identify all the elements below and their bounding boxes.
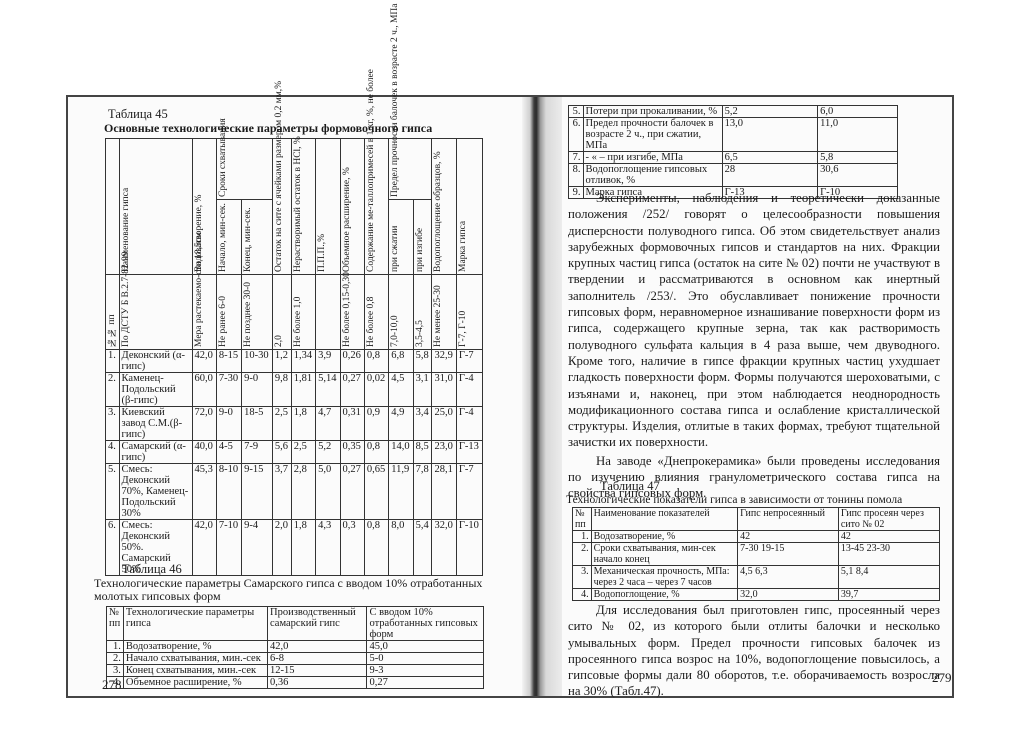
- std-start: Не ранее 6-0: [216, 275, 241, 350]
- cell-end: 9-0: [242, 373, 273, 407]
- cell: Потери при прокаливании, %: [583, 106, 722, 118]
- table46-continued: 5.Потери при прокаливании, %5,26,06.Пред…: [568, 105, 898, 199]
- table-row: 8.Водопоглощение гипсовых отливок, %2830…: [569, 164, 898, 187]
- cell: 42: [838, 531, 939, 543]
- header-cell: Наименование показателей: [591, 508, 738, 531]
- body-text-2: Для исследования был приготовлен гипс, п…: [568, 602, 940, 700]
- header-setting-group: Сроки схватывания: [216, 139, 272, 200]
- table-row: 3.Киевский завод С.М.(β-гипс)72,09-018-5…: [106, 407, 483, 441]
- table45-label: Таблица 45: [68, 108, 168, 121]
- cell: 5,1 8,4: [838, 566, 939, 589]
- cell: 4.: [573, 589, 592, 601]
- cell-grade: Г-4: [456, 407, 482, 441]
- cell-exp: 0,31: [340, 407, 364, 441]
- cell-comp: 4,9: [389, 407, 413, 441]
- cell: Водопоглощение гипсовых отливок, %: [583, 164, 722, 187]
- cell-ppp: 5,2: [316, 441, 340, 464]
- cell-abs: 32,0: [432, 520, 456, 576]
- cell-metal: 0,8: [364, 441, 388, 464]
- cell-start: 7-30: [216, 373, 241, 407]
- header-grade: Марка гипса: [456, 139, 482, 275]
- cell-grade: Г-10: [456, 520, 482, 576]
- table-row: 1.Водозатворение, %42,045,0: [107, 641, 484, 653]
- cell: 5.: [569, 106, 584, 118]
- cell: 5,2: [722, 106, 818, 118]
- cell-end: 18-5: [242, 407, 273, 441]
- header-cell: Технологические параметры гипса: [123, 607, 267, 641]
- cell-metal: 0,02: [364, 373, 388, 407]
- header-metal-text: Содержание ме-таллопримесей в 1 кг, %, н…: [365, 142, 377, 274]
- table45: Наименование гипсаВодозатворение, %Сроки…: [105, 138, 483, 576]
- std-start-text: Не ранее 6-0: [217, 275, 229, 349]
- cell-metal: 0,8: [364, 350, 388, 373]
- cell-comp: 8,0: [389, 520, 413, 576]
- cell: 9-3: [367, 665, 484, 677]
- cell: 4,5 6,3: [738, 566, 839, 589]
- table-row: 2.Сроки схватывания, мин-сек начало коне…: [573, 543, 940, 566]
- table47: № ппНаименование показателейГипс непросе…: [572, 507, 940, 601]
- std-expansion-text: Не более 0,15-0,30: [341, 275, 353, 349]
- std-grade: Г-7, Г-10: [456, 275, 482, 350]
- cell-abs: 32,9: [432, 350, 456, 373]
- cell-end: 10-30: [242, 350, 273, 373]
- cell: 6,5: [722, 152, 818, 164]
- table46: № ппТехнологические параметры гипсаПроиз…: [106, 606, 484, 689]
- cell-grade: Г-13: [456, 441, 482, 464]
- cell-start: 8-15: [216, 350, 241, 373]
- table46-title: Технологические параметры Самарского гип…: [94, 577, 494, 603]
- header-cell: С вводом 10% отработанных гипсовых форм: [367, 607, 484, 641]
- standards-row: №№ ппПо ДСТУ Б В.2.7-82-99Мера растекаем…: [106, 275, 483, 350]
- cell: - « – при изгибе, МПа: [583, 152, 722, 164]
- table-row: 3.Конец схватывания, мин.-сек12-159-3: [107, 665, 484, 677]
- header-end-text: Конец, мин-сек.: [242, 200, 254, 274]
- cell: 6-8: [268, 653, 367, 665]
- std-compress: 7,0-10,0: [389, 275, 413, 350]
- header-bend: при изгибе: [413, 200, 432, 275]
- cell: Конец схватывания, мин.-сек: [123, 665, 267, 677]
- cell: 1.: [573, 531, 592, 543]
- header-grade-text: Марка гипса: [457, 142, 469, 274]
- num-header: [106, 139, 120, 275]
- cell: Водозатворение, %: [123, 641, 267, 653]
- table46-label: Таблица 46: [82, 563, 182, 576]
- header-compress-text: при сжатии: [389, 200, 401, 274]
- cell-water: 42,0: [192, 350, 216, 373]
- cell-start: 7-10: [216, 520, 241, 576]
- cell-exp: 0,35: [340, 441, 364, 464]
- cell-water: 40,0: [192, 441, 216, 464]
- cell-abs: 28,1: [432, 464, 456, 520]
- std-ppp-text: [316, 275, 318, 349]
- cell-bend: 8,5: [413, 441, 432, 464]
- header-row: № ппТехнологические параметры гипсаПроиз…: [107, 607, 484, 641]
- cell-insol: 2,5: [291, 441, 315, 464]
- cell-bend: 3,1: [413, 373, 432, 407]
- header-num: №№ пп: [106, 275, 120, 350]
- table-row: 2.Каменец-Подольский (β-гипс)60,07-309-0…: [106, 373, 483, 407]
- cell-comp: 4,5: [389, 373, 413, 407]
- cell: 28: [722, 164, 818, 187]
- table-row: 7.- « – при изгибе, МПа6,55,8: [569, 152, 898, 164]
- cell: Водопоглощение, %: [591, 589, 738, 601]
- std-name-text: По ДСТУ Б В.2.7-82-99: [120, 275, 132, 349]
- cell-metal: 0,65: [364, 464, 388, 520]
- std-name: По ДСТУ Б В.2.7-82-99: [119, 275, 192, 350]
- header-absorb-text: Водопоглощение образцов, %: [432, 142, 444, 274]
- std-end: Не позднее 30-0: [242, 275, 273, 350]
- cell: 45,0: [367, 641, 484, 653]
- paragraph-3: Для исследования был приготовлен гипс, п…: [568, 602, 940, 700]
- cell-comp: 6,8: [389, 350, 413, 373]
- cell: 42,0: [268, 641, 367, 653]
- std-insoluble: Не более 1,0: [291, 275, 315, 350]
- table-row: 3.Механическая прочность, МПа: через 2 ч…: [573, 566, 940, 589]
- header-cell: Производственный самарский гипс: [268, 607, 367, 641]
- header-sieve-text: Остаток на сите с ячейками размером 0,2 …: [273, 142, 285, 274]
- header-sieve: Остаток на сите с ячейками размером 0,2 …: [272, 139, 291, 275]
- cell-insol: 1,34: [291, 350, 315, 373]
- cell-abs: 23,0: [432, 441, 456, 464]
- cell: 1.: [107, 641, 124, 653]
- header-cell: Гипс просеян через сито № 02: [838, 508, 939, 531]
- cell-name: Каменец-Подольский (β-гипс): [119, 373, 192, 407]
- cell-ppp: 4,3: [316, 520, 340, 576]
- header-absorb: Водопоглощение образцов, %: [432, 139, 456, 275]
- cell-exp: 0,26: [340, 350, 364, 373]
- header-cell: № пп: [573, 508, 592, 531]
- body-text-1: Эксперименты, наблюдения и теоретически …: [568, 190, 940, 502]
- cell-name: Самарский (α-гипс): [119, 441, 192, 464]
- right-page: 5.Потери при прокаливании, %5,26,06.Пред…: [562, 97, 952, 696]
- cell: 7.: [569, 152, 584, 164]
- cell-insol: 1,8: [291, 520, 315, 576]
- std-sieve-text: 2,0: [273, 275, 285, 349]
- cell: 3.: [573, 566, 592, 589]
- cell: 13,0: [722, 118, 818, 152]
- cell-water: 60,0: [192, 373, 216, 407]
- cell-grade: Г-7: [456, 464, 482, 520]
- std-grade-text: Г-7, Г-10: [457, 275, 469, 349]
- std-absorb: Не менее 25-30: [432, 275, 456, 350]
- cell: 13-45 23-30: [838, 543, 939, 566]
- std-metal: Не более 0,8: [364, 275, 388, 350]
- cell-exp: 0,3: [340, 520, 364, 576]
- cell-sieve: 3,7: [272, 464, 291, 520]
- cell-sieve: 2,5: [272, 407, 291, 441]
- cell-ppp: 4,7: [316, 407, 340, 441]
- cell: Предел прочности балочек в возрасте 2 ч.…: [583, 118, 722, 152]
- cell: 0,27: [367, 677, 484, 689]
- cell-name: Смесь: Деконский 70%, Каменец-Подольский…: [119, 464, 192, 520]
- cell: Водозатворение, %: [591, 531, 738, 543]
- header-num-text: №№ пп: [106, 275, 118, 349]
- cell: 3.: [107, 665, 124, 677]
- header-ppp-text: П.П.П.,%: [316, 142, 328, 274]
- cell-name: Киевский завод С.М.(β-гипс): [119, 407, 192, 441]
- cell-water: 42,0: [192, 520, 216, 576]
- header-expansion-text: Объемное расширение, %: [341, 142, 353, 274]
- std-metal-text: Не более 0,8: [365, 275, 377, 349]
- cell-abs: 31,0: [432, 373, 456, 407]
- cell-end: 9-15: [242, 464, 273, 520]
- cell-sieve: 2,0: [272, 520, 291, 576]
- header-setting-group-text: Сроки схватывания: [217, 139, 229, 199]
- cell-sieve: 9,8: [272, 373, 291, 407]
- cell-n: 4.: [106, 441, 120, 464]
- header-expansion: Объемное расширение, %: [340, 139, 364, 275]
- cell-sieve: 1,2: [272, 350, 291, 373]
- cell-sieve: 5,6: [272, 441, 291, 464]
- table47-title: Технологические показатели гипса в завис…: [566, 494, 902, 507]
- cell: 0,36: [268, 677, 367, 689]
- page-number-left: 278: [102, 677, 122, 693]
- cell: Начало схватывания, мин.-сек: [123, 653, 267, 665]
- table-row: 5.Потери при прокаливании, %5,26,0: [569, 106, 898, 118]
- std-bend-text: 3,5-4,5: [414, 275, 426, 349]
- cell-start: 4-5: [216, 441, 241, 464]
- cell: 7-30 19-15: [738, 543, 839, 566]
- header-cell: Гипс непросеянный: [738, 508, 839, 531]
- cell: 12-15: [268, 665, 367, 677]
- paragraph-1: Эксперименты, наблюдения и теоретически …: [568, 190, 940, 451]
- cell: 8.: [569, 164, 584, 187]
- cell-metal: 0,9: [364, 407, 388, 441]
- cell: 2.: [107, 653, 124, 665]
- table-row: 1.Водозатворение, %4242: [573, 531, 940, 543]
- cell-start: 9-0: [216, 407, 241, 441]
- header-strength-group: Предел прочности балочек в возрасте 2 ч.…: [389, 139, 432, 200]
- cell-end: 9-4: [242, 520, 273, 576]
- cell: 39,7: [838, 589, 939, 601]
- cell-name: Деконский (α-гипс): [119, 350, 192, 373]
- table-row: 4.Объемное расширение, %0,360,27: [107, 677, 484, 689]
- std-absorb-text: Не менее 25-30: [432, 275, 444, 349]
- cell-grade: Г-7: [456, 350, 482, 373]
- cell: 11,0: [818, 118, 898, 152]
- header-bend-text: при изгибе: [414, 200, 426, 274]
- num-header-text: [106, 150, 108, 274]
- cell-start: 8-10: [216, 464, 241, 520]
- cell-bend: 7,8: [413, 464, 432, 520]
- cell-bend: 5,8: [413, 350, 432, 373]
- cell-comp: 11,9: [389, 464, 413, 520]
- cell-n: 3.: [106, 407, 120, 441]
- left-page: Таблица 45 Основные технологические пара…: [68, 97, 522, 696]
- cell: Объемное расширение, %: [123, 677, 267, 689]
- table-row: 5.Смесь: Деконский 70%, Каменец-Подольск…: [106, 464, 483, 520]
- std-bend: 3,5-4,5: [413, 275, 432, 350]
- header-strength-group-text: Предел прочности балочек в возрасте 2 ч.…: [389, 139, 401, 199]
- cell-n: 2.: [106, 373, 120, 407]
- std-water-text: Мера растекаемо-сти 18,5см: [193, 275, 205, 349]
- cell: 30,6: [818, 164, 898, 187]
- header-ppp: П.П.П.,%: [316, 139, 340, 275]
- cell-abs: 25,0: [432, 407, 456, 441]
- std-compress-text: 7,0-10,0: [389, 275, 401, 349]
- table45-title: Основные технологические параметры формо…: [104, 122, 432, 135]
- header-insoluble-text: Нерастворимый остаток в HCl, %: [292, 142, 304, 274]
- std-end-text: Не позднее 30-0: [242, 275, 254, 349]
- cell: 32,0: [738, 589, 839, 601]
- book-spine: [522, 97, 562, 696]
- cell-ppp: 3,9: [316, 350, 340, 373]
- cell: 6,0: [818, 106, 898, 118]
- table-row: 4.Самарский (α-гипс)40,04-57-95,62,55,20…: [106, 441, 483, 464]
- header-start: Начало, мин-сек.: [216, 200, 241, 275]
- cell-insol: 1,8: [291, 407, 315, 441]
- cell-grade: Г-4: [456, 373, 482, 407]
- cell-water: 72,0: [192, 407, 216, 441]
- header-metal: Содержание ме-таллопримесей в 1 кг, %, н…: [364, 139, 388, 275]
- cell-n: 1.: [106, 350, 120, 373]
- cell-bend: 5,4: [413, 520, 432, 576]
- cell-metal: 0,8: [364, 520, 388, 576]
- cell-ppp: 5,0: [316, 464, 340, 520]
- cell: 2.: [573, 543, 592, 566]
- std-insoluble-text: Не более 1,0: [292, 275, 304, 349]
- header-row: Наименование гипсаВодозатворение, %Сроки…: [106, 139, 483, 200]
- std-sieve: 2,0: [272, 275, 291, 350]
- cell-bend: 3,4: [413, 407, 432, 441]
- header-start-text: Начало, мин-сек.: [217, 200, 229, 274]
- header-cell: № пп: [107, 607, 124, 641]
- header-compress: при сжатии: [389, 200, 413, 275]
- table-row: 6.Предел прочности балочек в возрасте 2 …: [569, 118, 898, 152]
- header-row: № ппНаименование показателейГипс непросе…: [573, 508, 940, 531]
- cell-insol: 1,81: [291, 373, 315, 407]
- page-number-right: 279: [932, 670, 952, 686]
- cell-insol: 2,8: [291, 464, 315, 520]
- header-end: Конец, мин-сек.: [242, 200, 273, 275]
- std-water: Мера растекаемо-сти 18,5см: [192, 275, 216, 350]
- cell-n: 5.: [106, 464, 120, 520]
- cell: 5-0: [367, 653, 484, 665]
- cell-exp: 0,27: [340, 464, 364, 520]
- cell-water: 45,3: [192, 464, 216, 520]
- cell: 6.: [569, 118, 584, 152]
- table-row: 1.Деконский (α-гипс)42,08-1510-301,21,34…: [106, 350, 483, 373]
- header-insoluble: Нерастворимый остаток в HCl, %: [291, 139, 315, 275]
- table-row: 4.Водопоглощение, %32,039,7: [573, 589, 940, 601]
- std-ppp: [316, 275, 340, 350]
- table-row: 2.Начало схватывания, мин.-сек6-85-0: [107, 653, 484, 665]
- cell-end: 7-9: [242, 441, 273, 464]
- std-expansion: Не более 0,15-0,30: [340, 275, 364, 350]
- cell-ppp: 5,14: [316, 373, 340, 407]
- cell: Сроки схватывания, мин-сек начало конец: [591, 543, 738, 566]
- cell-comp: 14,0: [389, 441, 413, 464]
- cell: Механическая прочность, МПа: через 2 час…: [591, 566, 738, 589]
- cell: 5,8: [818, 152, 898, 164]
- cell: 42: [738, 531, 839, 543]
- table47-label: Таблица 47: [562, 480, 660, 493]
- cell-exp: 0,27: [340, 373, 364, 407]
